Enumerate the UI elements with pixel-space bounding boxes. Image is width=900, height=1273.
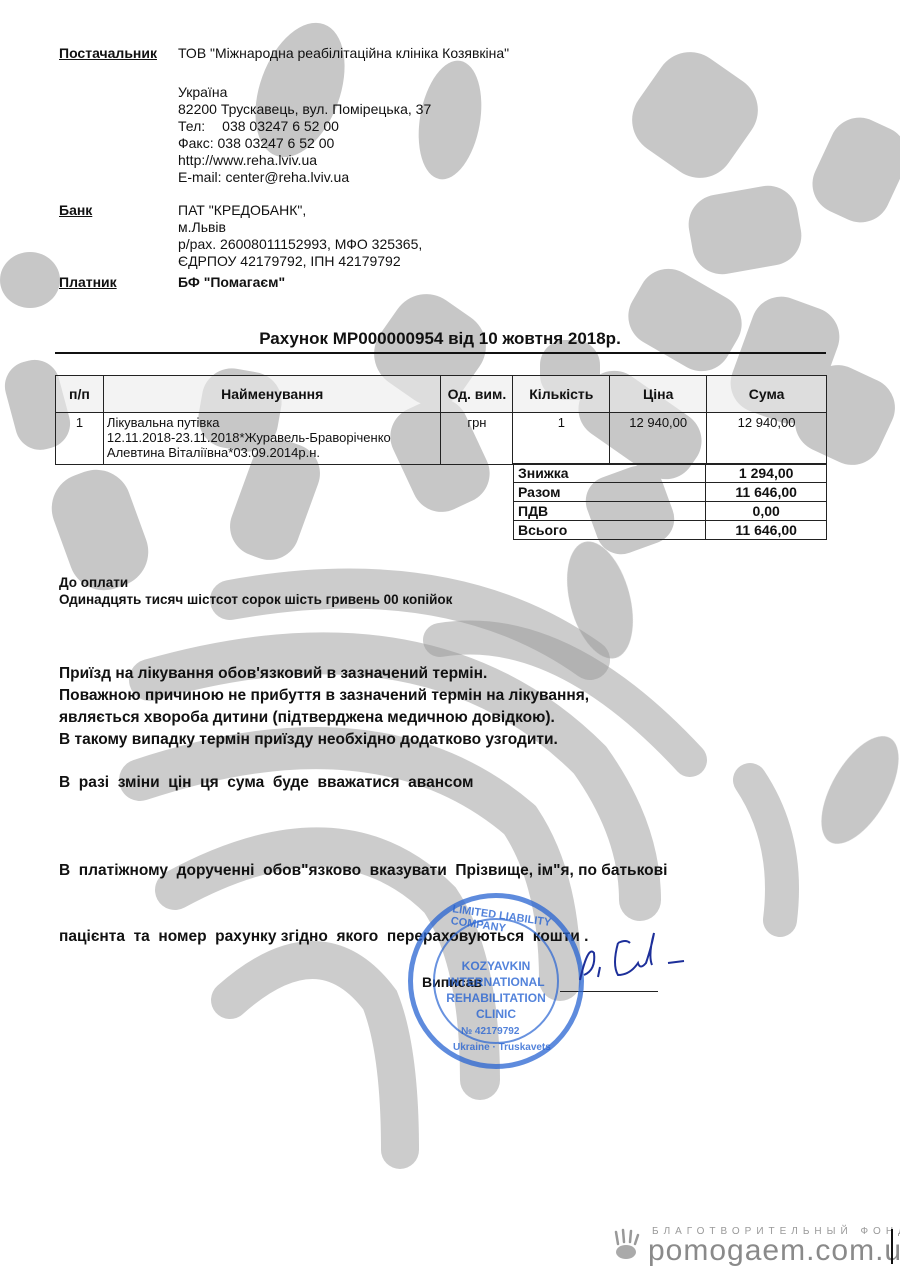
item-dates-patient: 12.11.2018-23.11.2018*Журавель-Браворіче…	[107, 430, 438, 445]
subtotal-label: Разом	[514, 483, 706, 502]
stamp-line: KOZYAVKIN	[413, 958, 579, 974]
cell-unit: грн	[441, 413, 513, 465]
total-value: 11 646,00	[706, 521, 827, 540]
supplier-fax: Факс: 038 03247 6 52 00	[178, 135, 431, 152]
column-header-num: п/п	[56, 376, 104, 413]
totals-row-subtotal: Разом 11 646,00	[514, 483, 827, 502]
to-pay-label: До оплати	[59, 574, 452, 591]
vat-value: 0,00	[706, 502, 827, 521]
column-header-price: Ціна	[610, 376, 707, 413]
totals-row-vat: ПДВ 0,00	[514, 502, 827, 521]
note-line: В такому випадку термін приїзду необхідн…	[59, 729, 589, 751]
payer-label: Платник	[59, 274, 117, 290]
to-pay-amount-words: Одинадцять тисяч шістсот сорок шість гри…	[59, 591, 452, 608]
item-patient-dob: Алевтина Віталіївна*03.09.2014р.н.	[107, 445, 438, 460]
bank-details: ПАТ "КРЕДОБАНК", м.Львів р/рах. 26008011…	[178, 202, 422, 270]
hand-logo-icon	[612, 1228, 642, 1260]
signature-icon	[560, 925, 690, 995]
cell-sum: 12 940,00	[707, 413, 827, 465]
stamp-bottom-arc: Ukraine · Truskavets	[453, 1042, 551, 1053]
bank-name: ПАТ "КРЕДОБАНК",	[178, 202, 422, 219]
supplier-email[interactable]: E-mail: center@reha.lviv.ua	[178, 169, 431, 186]
supplier-country: Україна	[178, 84, 431, 101]
bank-codes: ЄДРПОУ 42179792, ІПН 42179792	[178, 253, 422, 270]
table-row: 1 Лікувальна путівка 12.11.2018-23.11.20…	[56, 413, 827, 465]
company-stamp: LIMITED LIABILITY COMPANY KOZYAVKIN INTE…	[408, 893, 584, 1069]
bank-city: м.Львів	[178, 219, 422, 236]
note-line: являється хвороба дитини (підтверджена м…	[59, 707, 589, 729]
supplier-address: 82200 Трускавець, вул. Помірецька, 37	[178, 101, 431, 118]
foundation-website[interactable]: pomogaem.com.ua	[648, 1234, 900, 1268]
advance-note: В разі зміни цін ця сума буде вважатися …	[59, 772, 473, 794]
stamp-line: INTERNATIONAL	[413, 974, 579, 990]
arrival-notes: Приїзд на лікування обов'язковий в зазна…	[59, 663, 589, 751]
note-line: Поважною причиною не прибуття в зазначен…	[59, 685, 589, 707]
supplier-phone: Тел:038 03247 6 52 00	[178, 118, 431, 135]
total-label: Всього	[514, 521, 706, 540]
cell-price: 12 940,00	[610, 413, 707, 465]
stamp-code: № 42179792	[461, 1026, 519, 1037]
note-line: Приїзд на лікування обов'язковий в зазна…	[59, 663, 589, 685]
bank-account: р/рах. 26008011152993, МФО 325365,	[178, 236, 422, 253]
totals-row-total: Всього 11 646,00	[514, 521, 827, 540]
stamp-line: REHABILITATION	[413, 990, 579, 1006]
note-line: В платіжному дорученні обов"язково вказу…	[59, 860, 667, 882]
to-pay-block: До оплати Одинадцять тисяч шістсот сорок…	[59, 574, 452, 608]
cell-num: 1	[56, 413, 104, 465]
vat-label: ПДВ	[514, 502, 706, 521]
totals-table: Знижка 1 294,00 Разом 11 646,00 ПДВ 0,00…	[513, 463, 827, 540]
item-name: Лікувальна путівка	[107, 415, 438, 430]
table-header-row: п/п Найменування Од. вим. Кількість Ціна…	[56, 376, 827, 413]
column-header-qty: Кількість	[513, 376, 610, 413]
discount-value: 1 294,00	[706, 464, 827, 483]
bank-label: Банк	[59, 202, 92, 218]
stamp-line: CLINIC	[413, 1006, 579, 1022]
payer-name: БФ "Помагаєм"	[178, 274, 285, 291]
column-header-name: Найменування	[103, 376, 441, 413]
supplier-details: Україна 82200 Трускавець, вул. Помірецьк…	[178, 84, 431, 186]
totals-row-discount: Знижка 1 294,00	[514, 464, 827, 483]
cell-qty: 1	[513, 413, 610, 465]
title-divider	[55, 352, 826, 354]
supplier-label: Постачальник	[59, 45, 157, 61]
column-header-unit: Од. вим.	[441, 376, 513, 413]
column-header-sum: Сума	[707, 376, 827, 413]
discount-label: Знижка	[514, 464, 706, 483]
page-edge-marker	[891, 1229, 893, 1264]
subtotal-value: 11 646,00	[706, 483, 827, 502]
stamp-center-text: KOZYAVKIN INTERNATIONAL REHABILITATION C…	[413, 958, 579, 1022]
supplier-name: ТОВ "Міжнародна реабілітаційна клініка К…	[178, 45, 509, 62]
invoice-title: Рахунок МР000000954 від 10 жовтня 2018р.	[55, 329, 825, 349]
phone-label: Тел:	[178, 118, 205, 134]
supplier-website[interactable]: http://www.reha.lviv.ua	[178, 152, 431, 169]
phone-number: 038 03247 6 52 00	[222, 118, 339, 134]
cell-name: Лікувальна путівка 12.11.2018-23.11.2018…	[103, 413, 441, 465]
invoice-items-table: п/п Найменування Од. вим. Кількість Ціна…	[55, 375, 827, 465]
